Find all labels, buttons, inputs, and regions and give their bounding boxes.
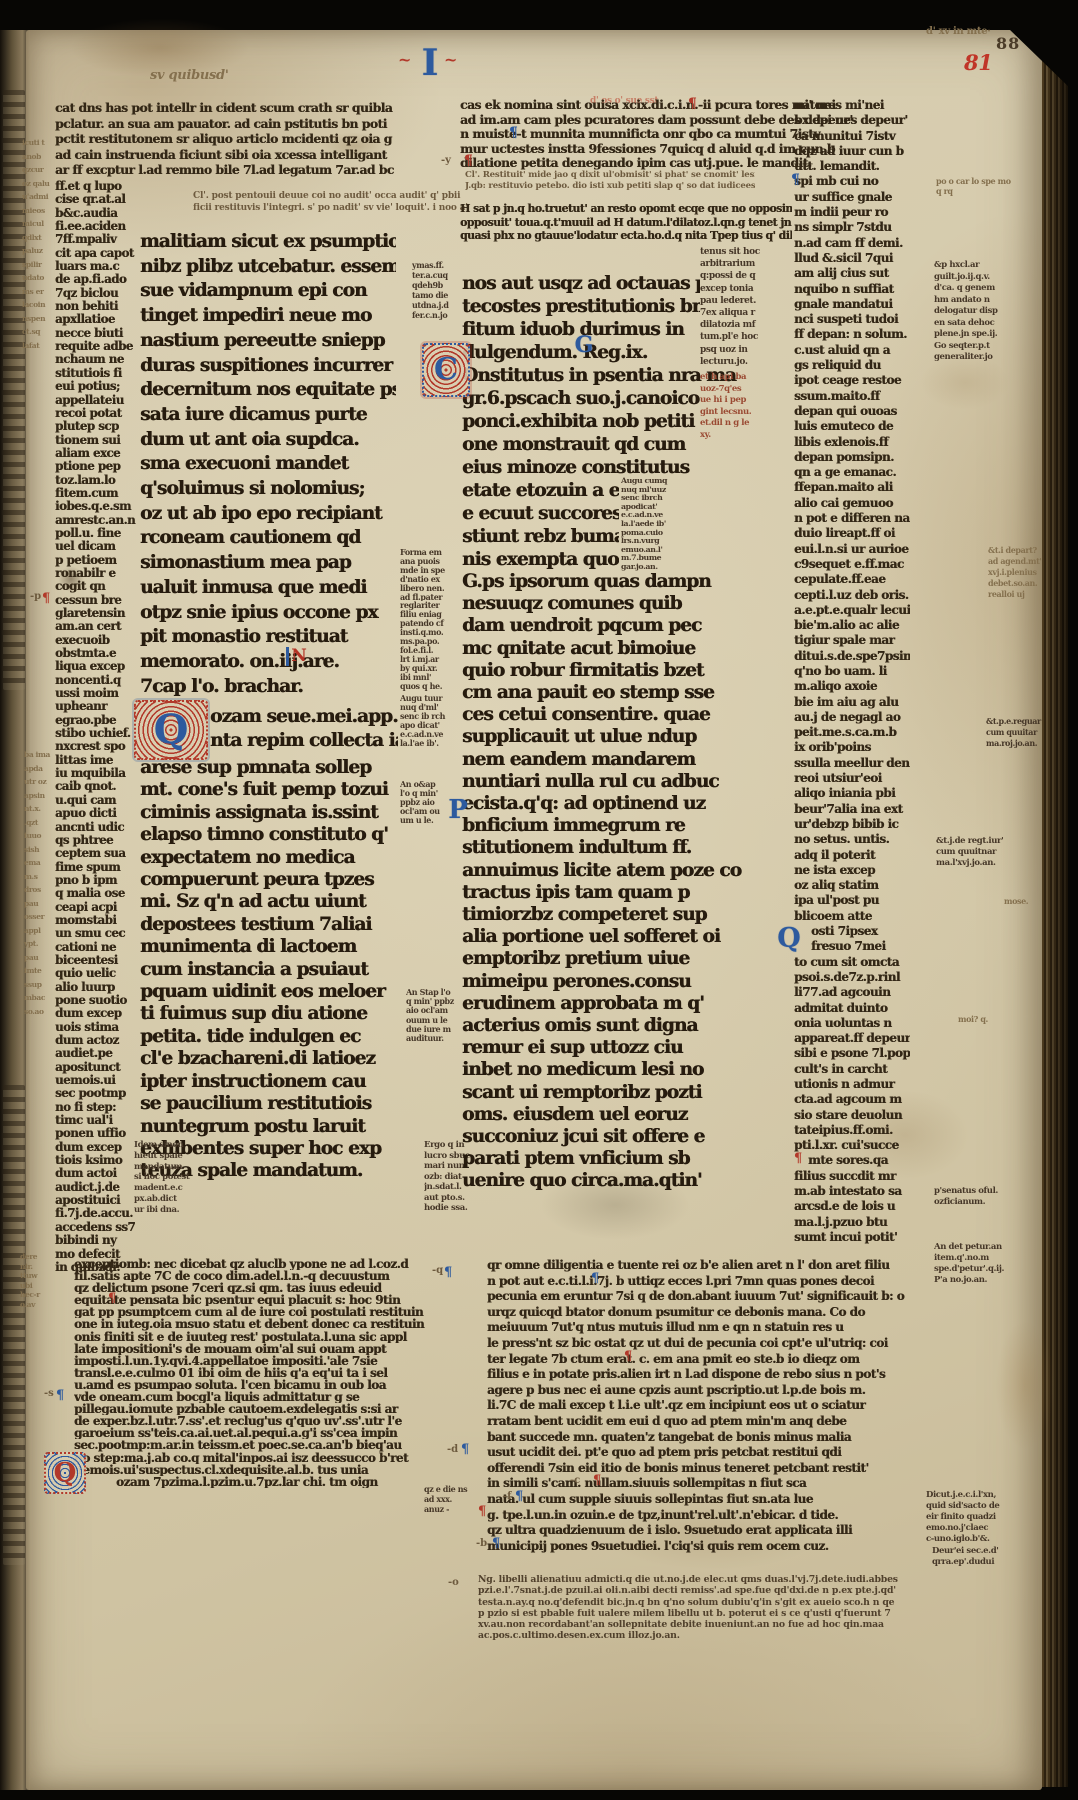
pilcrow-red: ¶ — [42, 592, 50, 605]
margin-tick: -b — [476, 1539, 487, 1549]
intercolumn-gloss-forma: Forma emana puoismde in sped'natio exlib… — [400, 548, 458, 691]
pilcrow-blue: ¶ — [791, 173, 800, 187]
margin-tick: -o — [448, 1578, 459, 1588]
commentary-mid-b: H sat p jn.q ho.truetut' an resto opomt … — [460, 202, 792, 243]
margin-tick: ~ — [398, 52, 411, 68]
gloss-under-b: Cl'. Restituit' mide jao q dixit ul'obmi… — [465, 170, 755, 192]
margin-gloss-mose: mose. — [1004, 896, 1064, 906]
main-text-b-3: etate etozuin a etnre ecuut succores eti… — [462, 479, 619, 571]
pilcrow-red: ¶ — [108, 1292, 116, 1305]
gloss-under-top-a: Cl'. post pentouii deuue coi no audit' o… — [193, 191, 469, 214]
pilcrow-red: ¶ — [688, 97, 697, 111]
main-text-a-upper: malitiam sicut ex psumptionibz plibz utc… — [140, 230, 396, 699]
pilcrow-blue: ¶ — [461, 1443, 469, 1456]
bottom-commentary-left: exceptiomb: nec dicebat qz aluclb ypone … — [74, 1258, 470, 1488]
margin-citations-left-upper: icuti tanobqzcuroz qaluu'admimieosmiculq… — [22, 136, 55, 352]
margin-citations-left-lower: ba imaapdautr ozapsinnt.x..qztiuuosishem… — [24, 748, 57, 1018]
decorated-initial-N: N — [286, 647, 309, 666]
pilcrow-blue: ¶ — [492, 1537, 500, 1550]
margin-gloss-senatus: p'senatus oful.ozficianum. — [934, 1186, 1026, 1208]
intercolumn-gloss-2: Augu tuurnuq d'ml'senc ib rchapo dicat'e… — [400, 694, 458, 747]
margin-tick: -f — [503, 1492, 511, 1502]
main-text-b-4: G.ps ipsorum quas dampnnesuuqz comunes q… — [462, 571, 792, 1193]
margin-gloss-faint: po o car lo spe moq rq — [936, 176, 1020, 196]
main-text-a-lower: arese sup pmnata sollepmt. cone's fuit p… — [140, 757, 396, 1183]
pilcrow-red: ¶ — [464, 154, 473, 168]
margin-tick: -d — [447, 1445, 458, 1455]
pilcrow-blue: ¶ — [591, 1272, 599, 1285]
intercolumn-gloss-1: ymas.ff.ter.a.cuqqdeh9btamo dieutdna.j.d… — [412, 260, 464, 320]
pilcrow-blue: ¶ — [509, 126, 518, 140]
margin-gloss-depart: &t.i depart?ad agend.mt'xvj.i.pleniusdeb… — [988, 545, 1074, 600]
main-text-a-initial-lines: ozam seue.mei.app.pmr.litnta repim colle… — [210, 705, 398, 753]
gutter-page-edge-text — [3, 1085, 25, 1565]
pilcrow-red: ¶ — [593, 1474, 601, 1487]
commentary-left-strip: ff.et q lupocise qr.at.alb&c.audiafi.ee.… — [55, 180, 141, 1274]
pilcrow-blue: ¶ — [56, 1389, 64, 1402]
bottom-commentary-right: qr omne diligentia e tuente rei oz b'e a… — [487, 1258, 1009, 1554]
margin-gloss-moi: moi? q. — [958, 1014, 1018, 1024]
margin-tick: -y — [441, 156, 451, 166]
margin-tick: ~ — [444, 52, 457, 68]
page-stack-edge — [1042, 33, 1068, 1787]
decorated-initial-Q: Q — [134, 700, 208, 760]
pilcrow-blue: ¶ — [444, 1266, 452, 1279]
folio-number-black: 88 — [996, 34, 1020, 53]
margin-gloss-reguar: &t.p.e.reguarcum quuitarma.roj.jo.an. — [986, 716, 1072, 749]
margin-tick: -q — [432, 1266, 443, 1276]
decorated-initial-I: I — [419, 42, 441, 84]
decorated-initial-Q: Q — [774, 922, 804, 954]
margin-tick: -p — [30, 592, 41, 602]
quire-note: sv quibusd' — [150, 68, 229, 83]
decorated-initial-Q: Q — [44, 1452, 86, 1494]
intercolumn-gloss-4: An Stap l'oq min' ppbzaio ocl'amouum u l… — [406, 988, 466, 1043]
margin-gloss-regt: &t.j.de regt.iur'cum quuitnarma.l'xvj.jo… — [936, 836, 1030, 869]
gloss-idem-sinon: Idem sinonhieut spalemandatumsi hoc pote… — [134, 1140, 198, 1216]
pilcrow-red: ¶ — [624, 1350, 632, 1363]
manuscript-photo: sv quibusd' d' xv in mte· 88 81 d' os o'… — [0, 0, 1078, 1800]
commentary-top-left: cat dns has pot intellr in cident scum c… — [55, 100, 399, 178]
decorated-initial-C: C — [422, 343, 470, 397]
top-right-note: d' xv in mte· — [926, 26, 990, 37]
margin-gloss-guilt: &p hxcl.arguilt.jo.ij.q.v.d'ca. q genemh… — [934, 260, 1024, 364]
pilcrow-red: ¶ — [794, 1152, 802, 1165]
decorated-initial-G: G — [574, 333, 594, 357]
gloss-bottom-note-left: qz e die nsad xxx.anuz - — [424, 1484, 474, 1514]
folio-number-red: 81 — [964, 50, 993, 75]
pilcrow-red: ¶ — [478, 1505, 486, 1518]
commentary-right-column: uatores mi'neibx dei nes depeur'ca munit… — [794, 98, 910, 1245]
mid-column-gloss-b: Augu cumqnuq ml'uuzsenc ibrchapodicat'e.… — [621, 477, 673, 572]
margin-tick: -c — [570, 1476, 580, 1486]
bottom-annotation-note: Ng. libelli alienatiuu admicti.q die ut.… — [478, 1574, 958, 1642]
margin-tick: -s — [44, 1389, 54, 1399]
pilcrow-blue: ¶ — [515, 1490, 523, 1503]
inset-gloss-b: tenus sit hocarbitrariumq:possi de qexce… — [700, 246, 792, 368]
inset-gloss-b-red: et h api bauoz-7q'esue hi i pepgint lecs… — [700, 372, 792, 441]
decorated-initial-P: P — [450, 791, 466, 829]
margin-citations-left-bottom: derenir.ttuwubihec-ro.av — [20, 1252, 58, 1309]
